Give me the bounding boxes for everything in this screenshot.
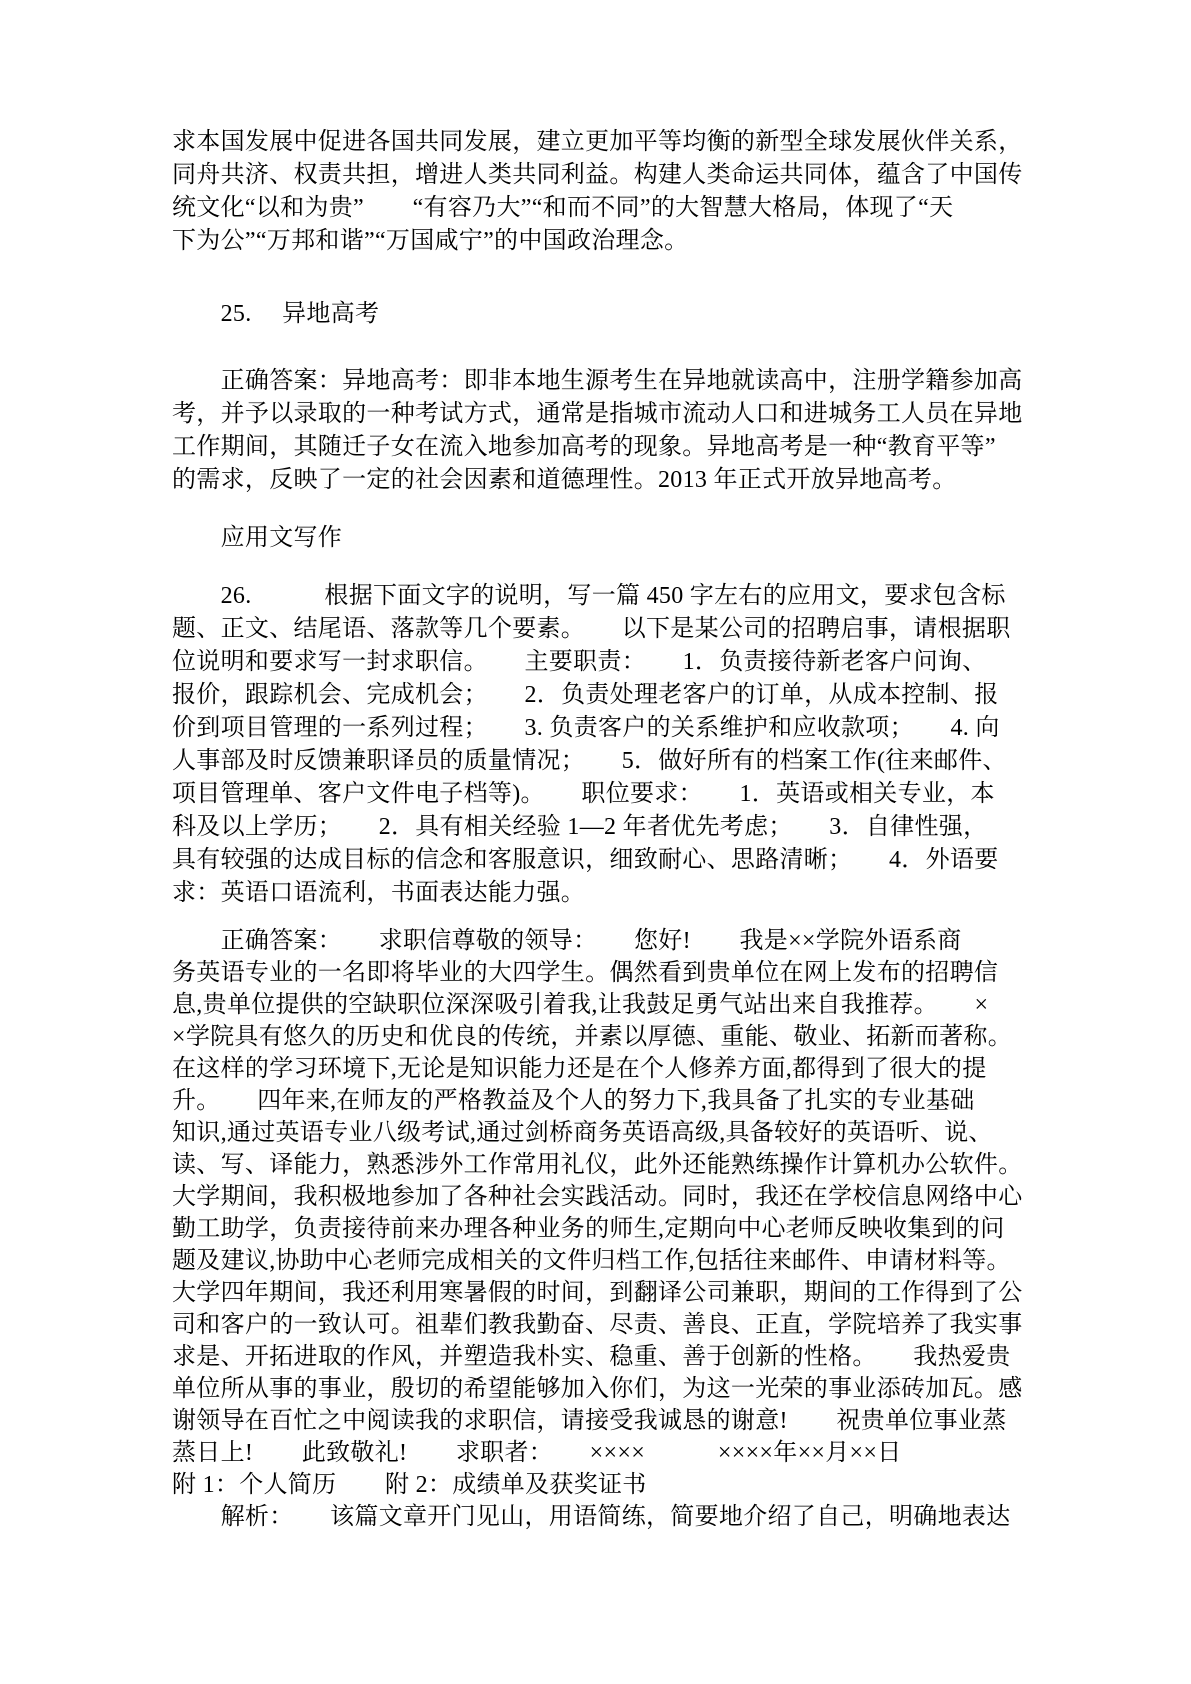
item-26-answer-paragraph: 正确答案： 求职信尊敬的领导： 您好! 我是××学院外语系商 务英语专业的一名即… (172, 925, 1053, 1533)
document-page: 求本国发展中促进各国共同发展，建立更加平等均衡的新型全球发展伙伴关系， 同舟共济… (0, 0, 1191, 1684)
item-25-heading: 25. 异地高考 (172, 298, 1053, 331)
continued-paragraph: 求本国发展中促进各国共同发展，建立更加平等均衡的新型全球发展伙伴关系， 同舟共济… (172, 126, 1053, 258)
section-heading-applied-writing: 应用文写作 (172, 522, 1053, 555)
item-25-answer-paragraph: 正确答案：异地高考：即非本地生源考生在异地就读高中，注册学籍参加高 考，并予以录… (172, 365, 1053, 497)
item-26-question-paragraph: 26. 根据下面文字的说明，写一篇 450 字左右的应用文，要求包含标 题、正文… (172, 580, 1053, 910)
